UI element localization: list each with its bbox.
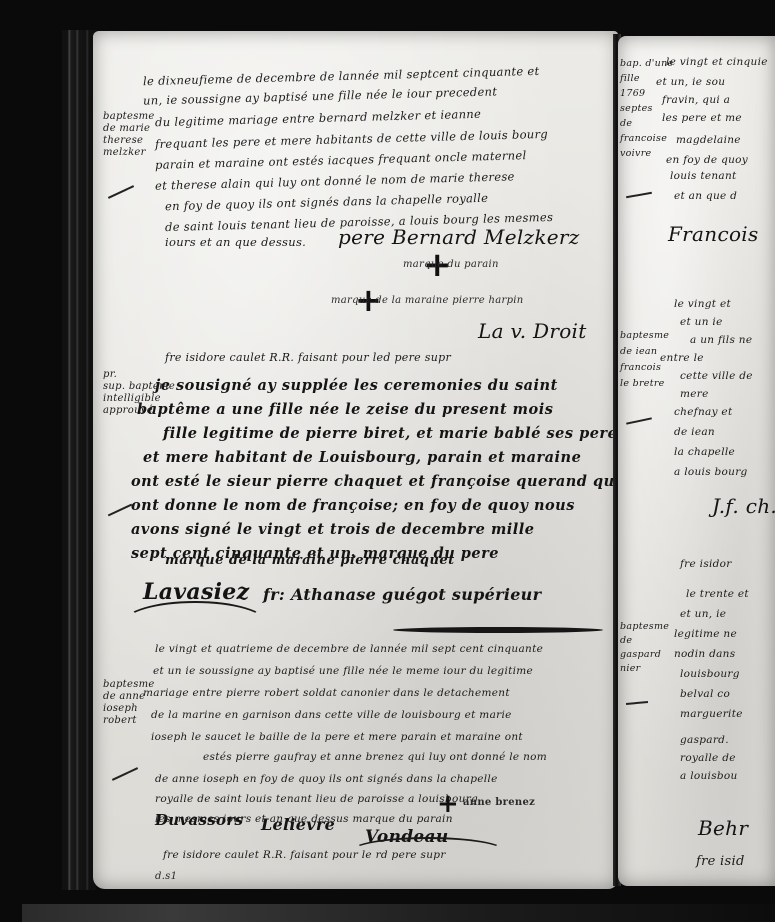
right-entry2-line-3: a un fils ne [690, 334, 752, 346]
entry3-officiant: fre isidore caulet R.R. faisant pour le … [163, 849, 446, 861]
entry2-line-6: ont donne le nom de françoise; en foy de… [131, 497, 575, 514]
entry1-line-4: frequant les pere et mere habitants de c… [155, 127, 548, 151]
signature-lelievre: Lelievre [261, 815, 335, 834]
margin-stroke [626, 417, 652, 424]
entry1-margin-note: baptesme de marie therese melzker [103, 111, 155, 159]
right-entry2-line-9: la chapelle [674, 446, 735, 458]
right-entry1-line-6: en foy de quoy [666, 154, 748, 166]
entry3-line-7: de anne ioseph en foy de quoy ils ont si… [155, 773, 498, 785]
right-entry2-line-2: et un ie [680, 316, 723, 328]
right-entry3-header: fre isidor [680, 558, 732, 570]
margin-stroke [112, 767, 138, 781]
entry2-line-5: ont esté le sieur pierre chaquet et fran… [131, 473, 618, 490]
mark-godfather: marque du parain [403, 259, 499, 270]
entry2-line-3: fille legitime de pierre biret, et marie… [163, 425, 617, 442]
right-entry1-margin: bap. d'une fille 1769 septes de francois… [620, 56, 673, 161]
entry3-line-3: mariage entre pierre robert soldat canon… [143, 687, 510, 699]
entry1-line-2: un, ie soussigne ay baptisé une fille né… [143, 84, 498, 107]
right-page: bap. d'une fille 1769 septes de francois… [618, 36, 775, 886]
entry2-line-7: avons signé le vingt et trois de decembr… [131, 521, 535, 538]
right-entry3-line-4: nodin dans [674, 648, 735, 660]
entry3-line-2: et un ie soussigne ay baptisé une fille … [153, 665, 533, 677]
right-entry3-line-10: a louisbou [680, 770, 738, 782]
separator-rule [393, 627, 603, 633]
entry1-line-5: parain et maraine ont estés iacques freq… [155, 148, 527, 172]
right-entry1-line-2: et un, ie sou [656, 76, 725, 88]
entry3-line-5: ioseph le saucet le baille de la pere et… [151, 731, 523, 743]
mark-godmother: marque de la maraine pierre harpin [331, 295, 524, 306]
right-entry3-line-9: royalle de [680, 752, 736, 764]
right-entry2-line-6: mere [680, 388, 709, 400]
entry3-footnote: d.s1 [155, 871, 177, 882]
entry3-line-4: de la marine en garnison dans cette vill… [151, 709, 512, 721]
right-signature-francois: Francois [668, 222, 759, 246]
right-entry3-line-2: et un, ie [680, 608, 726, 620]
right-entry1-line-1: le vingt et cinquie [666, 56, 768, 68]
entry1-line-3: du legitime mariage entre bernard melzke… [155, 107, 481, 130]
mark-godmother-anne: anne brenez [463, 797, 535, 808]
cross-mark-icon: + [437, 789, 459, 819]
entry1-officiant: fre isidore caulet R.R. faisant pour led… [165, 351, 451, 364]
margin-stroke [108, 504, 132, 517]
right-entry2-line-10: a louis bourg [674, 466, 748, 478]
right-entry2-line-8: de iean [674, 426, 715, 438]
right-entry1-line-5: magdelaine [676, 134, 741, 146]
right-entry1-line-3: fravin, qui a [662, 94, 730, 106]
right-entry3-line-6: belval co [680, 688, 730, 700]
right-entry2-line-7: chefnay et [674, 406, 732, 418]
right-entry1-line-4: les pere et me [662, 112, 742, 124]
entry1-line-9: iours et an que dessus. [165, 235, 306, 249]
right-entry2-line-4: entre le [660, 352, 704, 364]
entry3-line-8: royalle de saint louis tenant lieu de pa… [155, 793, 478, 805]
margin-stroke [626, 192, 652, 198]
entry3-line-1: le vingt et quatrieme de decembre de lan… [155, 643, 543, 655]
entry2-line-2: baptême a une fille née le zeise du pres… [137, 401, 553, 418]
right-entry3-line-3: legitime ne [674, 628, 737, 640]
entry2-mark-line: marque de la maraine pierre chaquet [165, 553, 455, 568]
entry3-line-6: estés pierre gaufray et anne brenez qui … [203, 751, 547, 763]
signature-priest: La v. Droit [478, 319, 587, 343]
right-entry2-line-1: le vingt et [674, 298, 731, 310]
margin-stroke [108, 185, 134, 199]
right-entry2-line-5: cette ville de [680, 370, 753, 382]
signature-father: pere Bernard Melzkerz [338, 225, 580, 249]
margin-stroke [626, 701, 648, 705]
right-entry3-line-7: marguerite [680, 708, 743, 720]
left-page: baptesme de marie therese melzker le dix… [93, 31, 618, 889]
right-entry1-line-8: et an que d [674, 190, 737, 202]
right-signature-behr: Behr [698, 816, 748, 840]
entry2-line-4: et mere habitant de Louisbourg, parain e… [143, 449, 581, 466]
scanned-register: baptesme de marie therese melzker le dix… [0, 0, 775, 922]
entry1-line-6: et therese alain qui luy ont donné le no… [155, 169, 515, 192]
right-entry3-officiant: fre isid [696, 854, 745, 869]
signature-athanase: fr: Athanase guégot supérieur [263, 585, 541, 604]
right-entry3-line-5: louisbourg [680, 668, 740, 680]
right-entry3-line-8: gaspard. [680, 734, 729, 746]
right-entry1-line-7: louis tenant [670, 170, 737, 182]
entry1-line-7: en foy de quoy ils ont signés dans la ch… [165, 191, 489, 213]
signature-duvassors: Duvassors [155, 811, 243, 829]
next-page-edge [22, 904, 775, 922]
signature-flourish [123, 601, 267, 645]
right-signature-2: J.f. ch... [712, 494, 775, 518]
book-spine [62, 30, 96, 890]
right-entry3-line-1: le trente et [686, 588, 749, 600]
right-entry3-margin: baptesme de gaspard nier [620, 620, 669, 676]
entry2-line-1: je sousigné ay supplée les ceremonies du… [155, 377, 558, 394]
